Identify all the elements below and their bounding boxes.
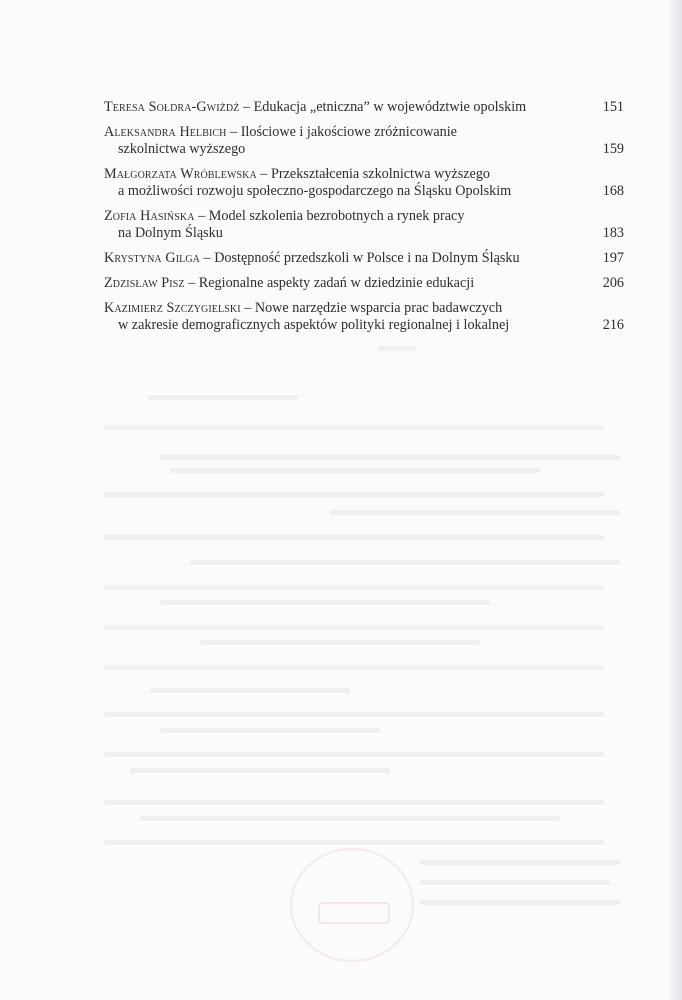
entry-title: Regionalne aspekty zadań w dziedzinie ed… [199,275,474,291]
toc-entry: Krystyna Gilga – Dostępność przedszkoli … [104,250,624,267]
bleed-line [160,455,620,460]
entry-page-number: 197 [603,250,624,267]
entry-separator: – [185,275,199,291]
toc-entry: Małgorzata Wróblewska – Przekształcenia … [104,166,624,200]
bleed-line [330,510,620,515]
bleed-line [420,860,620,865]
entry-separator: – [200,250,214,266]
entry-page-number: 151 [603,99,624,116]
bleed-line [104,665,604,670]
entry-separator: – [227,124,241,140]
entry-author: Aleksandra Helbich [104,124,227,140]
entry-title: Dostępność przedszkoli w Polsce i na Dol… [214,250,519,266]
entry-title: Nowe narzędzie wsparcia prac badawczych [255,300,502,316]
bleed-line [104,752,604,757]
entry-title: Edukacja „etniczna” w województwie opols… [254,99,527,115]
toc-entry: Zdzisław Pisz – Regionalne aspekty zadań… [104,275,624,292]
entry-title: Przekształcenia szkolnictwa wyższego [271,166,490,182]
entry-title-continued: w zakresie demograficznych aspektów poli… [104,317,584,334]
bleed-line [104,492,604,497]
entry-author: Krystyna Gilga [104,250,200,266]
entry-page-number: 206 [603,275,624,292]
entry-author: Kazimierz Szczygielski [104,300,241,316]
entry-page-number: 183 [603,225,624,242]
entry-title-continued: na Dolnym Śląsku [104,225,584,242]
bleed-line [130,768,390,773]
entry-page-number: 168 [603,183,624,200]
bleed-line [104,800,604,805]
bleed-line [170,468,540,473]
entry-author: Małgorzata Wróblewska [104,166,257,182]
toc-entry: Kazimierz Szczygielski – Nowe narzędzie … [104,300,624,334]
bleed-line [200,640,480,645]
entry-title-continued: a możliwości rozwoju społeczno-gospodarc… [104,183,584,200]
bleed-line [104,425,604,430]
bleed-line [104,840,604,845]
entry-page-number: 159 [603,141,624,158]
toc-entry: Aleksandra Helbich – Ilościowe i jakości… [104,124,624,158]
entry-separator: – [239,99,253,115]
bleed-line [148,395,298,400]
bleed-line [378,346,416,351]
bleed-line [104,535,604,540]
bleed-line [420,900,620,905]
bleed-line [160,600,490,605]
bleed-line [420,880,610,885]
bleed-line [104,712,604,717]
entry-author: Teresa Sołdra-Gwiżdż [104,99,239,115]
entry-separator: – [257,166,271,182]
entry-title: Ilościowe i jakościowe zróżnicowanie [241,124,457,140]
entry-author: Zofia Hasińska [104,208,195,224]
entry-separator: – [195,208,209,224]
bleed-line [190,560,620,565]
bleed-line [104,625,604,630]
toc-entry: Zofia Hasińska – Model szkolenia bezrobo… [104,208,624,242]
toc-entry: Teresa Sołdra-Gwiżdż – Edukacja „etniczn… [104,99,624,116]
bleed-line [104,585,604,590]
bleed-line [150,688,350,693]
table-of-contents: Teresa Sołdra-Gwiżdż – Edukacja „etniczn… [104,99,624,342]
bleed-line [140,816,560,821]
page-edge-shadow [668,0,682,1000]
entry-author: Zdzisław Pisz [104,275,185,291]
entry-title: Model szkolenia bezrobotnych a rynek pra… [209,208,465,224]
entry-separator: – [241,300,255,316]
entry-page-number: 216 [603,317,624,334]
bleed-line [160,728,380,733]
entry-title-continued: szkolnictwa wyższego [104,141,584,158]
library-stamp-label [318,902,390,924]
